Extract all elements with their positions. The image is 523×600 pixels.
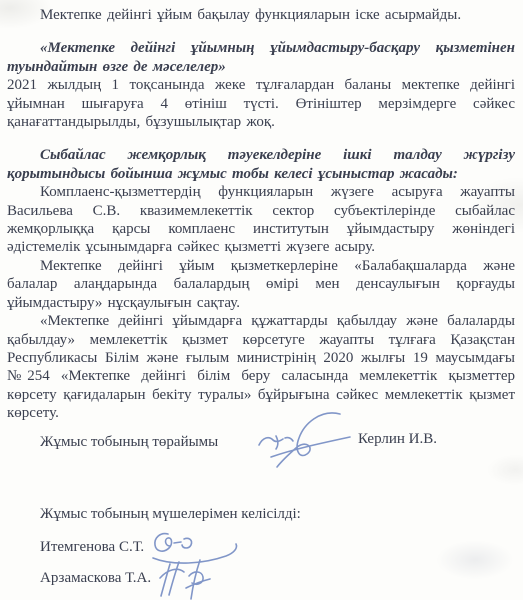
chair-signature-icon: [252, 404, 358, 470]
document-page: Мектепке дейінгі ұйым бақылау функциялар…: [0, 0, 523, 600]
paragraph-child-safety-instruction: Мектепке дейінгі ұйым қызметкерлеріне «Б…: [7, 257, 515, 312]
paragraph-gap: [7, 24, 515, 39]
paragraph-control-functions: Мектепке дейінгі ұйым бақылау функциялар…: [7, 6, 515, 24]
chair-role-label: Жұмыс тобының төрайымы: [40, 434, 218, 451]
heading-other-issues: «Мектепке дейінгі ұйымның ұйымдастыру-ба…: [7, 39, 515, 76]
agreement-label: Жұмыс тобының мүшелерімен келісілді:: [40, 506, 301, 523]
paragraph-compliance-services: Комплаенс-қызметтердің функцияларын жүзе…: [7, 183, 515, 257]
paragraph-applications-2021: 2021 жылдың 1 тоқсанында жеке тұлғаларда…: [7, 76, 515, 131]
paragraph-gap: [7, 131, 515, 146]
chair-name: Керлин И.В.: [358, 431, 437, 448]
member-2-signature-icon: [156, 556, 220, 600]
member-2-name: Арзамаскова Т.А.: [40, 570, 151, 587]
member-1-name: Итемгенова С.Т.: [40, 539, 144, 556]
heading-corruption-risk-analysis: Сыбайлас жемқорлық тәуекелдеріне ішкі та…: [7, 146, 515, 183]
